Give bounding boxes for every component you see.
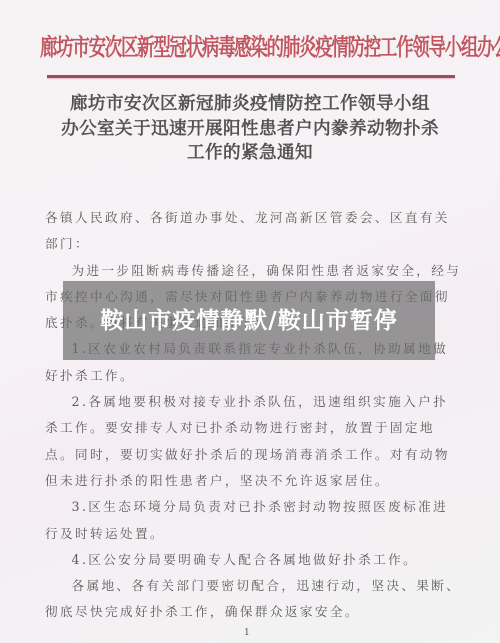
title-line: 办公室关于迅速开展阳性患者户内豢养动物扑杀 <box>40 117 460 142</box>
item-4: 4.区公安分局要明确专人配合各属地做好扑杀工作。 <box>45 547 463 573</box>
item-3: 3.区生态环境分局负责对已扑杀密封动物按照医废标准进行及时转运处置。 <box>45 494 463 547</box>
closing-paragraph: 各属地、各有关部门要密切配合，迅速行动，坚决、果断、彻底尽快完成好扑杀工作，确保… <box>45 573 463 626</box>
issuer-header: 廊坊市安次区新型冠状病毒感染的肺炎疫情防控工作领导小组办公室 <box>40 28 460 62</box>
page-number: 1 <box>244 628 250 638</box>
item-2: 2.各属地要积极对接专业扑杀队伍，迅速组织实施入户扑杀工作。要安排专人对已扑杀动… <box>45 389 463 494</box>
document-title: 廊坊市安次区新冠肺炎疫情防控工作领导小组 办公室关于迅速开展阳性患者户内豢养动物… <box>40 92 460 166</box>
title-line: 廊坊市安次区新冠肺炎疫情防控工作领导小组 <box>40 92 460 117</box>
header-divider <box>47 75 455 78</box>
title-line: 工作的紧急通知 <box>40 141 460 166</box>
document-page: 廊坊市安次区新型冠状病毒感染的肺炎疫情防控工作领导小组办公室 廊坊市安次区新冠肺… <box>0 0 500 643</box>
document-body: 各镇人民政府、各街道办事处、龙河高新区管委会、区直有关部门： 为进一步阻断病毒传… <box>45 205 463 626</box>
salutation: 各镇人民政府、各街道办事处、龙河高新区管委会、区直有关部门： <box>45 205 463 258</box>
headline-overlay[interactable]: 鞍山市疫情静默/鞍山市暂停 <box>63 281 435 360</box>
headline-title: 鞍山市疫情静默/鞍山市暂停 <box>79 307 419 335</box>
